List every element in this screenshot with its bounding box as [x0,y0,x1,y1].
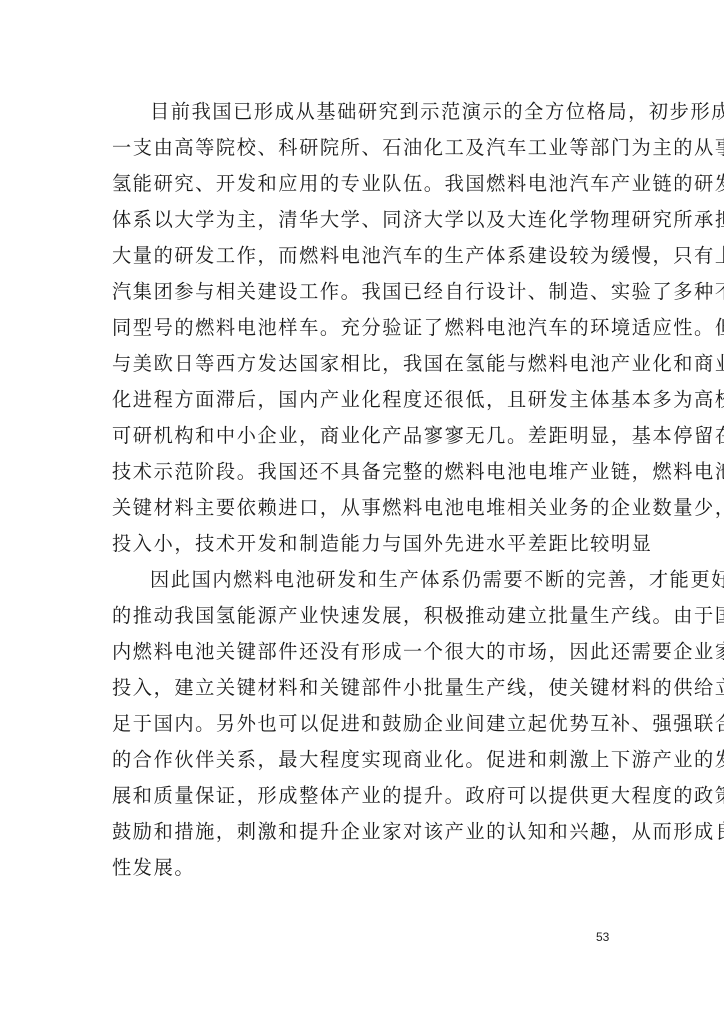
page-number: 53 [596,930,609,944]
paragraph-1-line-3: 氢能研究、开发和应用的专业队伍。我国燃料电池汽车产业链的研发 [112,172,612,196]
paragraph-2-line-5: 足于国内。另外也可以促进和鼓励企业间建立起优势互补、强强联合 [112,712,612,736]
paragraph-1-line-10: 可研机构和中小企业，商业化产品寥寥无几。差距明显，基本停留在 [112,424,612,448]
paragraph-2-line-4: 投入，建立关键材料和关键部件小批量生产线，使关键材料的供给立 [112,676,612,700]
paragraph-2-line-7: 展和质量保证，形成整体产业的提升。政府可以提供更大程度的政策 [112,784,612,808]
paragraph-1-line-4: 体系以大学为主，清华大学、同济大学以及大连化学物理研究所承担 [112,208,612,232]
paragraph-1-line-2: 一支由高等院校、科研院所、石油化工及汽车工业等部门为主的从事 [112,136,612,160]
paragraph-2-line-1: 因此国内燃料电池研发和生产体系仍需要不断的完善，才能更好 [150,568,612,592]
paragraph-2-line-6: 的合作伙伴关系，最大程度实现商业化。促进和刺激上下游产业的发 [112,748,612,772]
paragraph-1-line-1: 目前我国已形成从基础研究到示范演示的全方位格局，初步形成 [150,100,612,124]
paragraph-1-line-6: 汽集团参与相关建设工作。我国已经自行设计、制造、实验了多种不 [112,280,612,304]
document-page: 目前我国已形成从基础研究到示范演示的全方位格局，初步形成 一支由高等院校、科研院… [0,0,724,1024]
paragraph-2-line-2: 的推动我国氢能源产业快速发展，积极推动建立批量生产线。由于国 [112,604,612,628]
paragraph-1-line-5: 大量的研发工作，而燃料电池汽车的生产体系建设较为缓慢，只有上 [112,244,612,268]
paragraph-1-line-13: 投入小，技术开发和制造能力与国外先进水平差距比较明显 [112,532,612,556]
paragraph-1-line-9: 化进程方面滞后，国内产业化程度还很低，且研发主体基本多为高校、 [112,388,612,412]
paragraph-1-line-11: 技术示范阶段。我国还不具备完整的燃料电池电堆产业链，燃料电池 [112,460,612,484]
paragraph-2-line-8: 鼓励和措施，刺激和提升企业家对该产业的认知和兴趣，从而形成良 [112,820,612,844]
paragraph-1-line-12: 关键材料主要依赖进口，从事燃料电池电堆相关业务的企业数量少， [112,496,612,520]
paragraph-1-line-8: 与美欧日等西方发达国家相比，我国在氢能与燃料电池产业化和商业 [112,352,612,376]
paragraph-2-line-3: 内燃料电池关键部件还没有形成一个很大的市场，因此还需要企业家 [112,640,612,664]
paragraph-2-line-9: 性发展。 [112,856,612,880]
paragraph-1-line-7: 同型号的燃料电池样车。充分验证了燃料电池汽车的环境适应性。但 [112,316,612,340]
